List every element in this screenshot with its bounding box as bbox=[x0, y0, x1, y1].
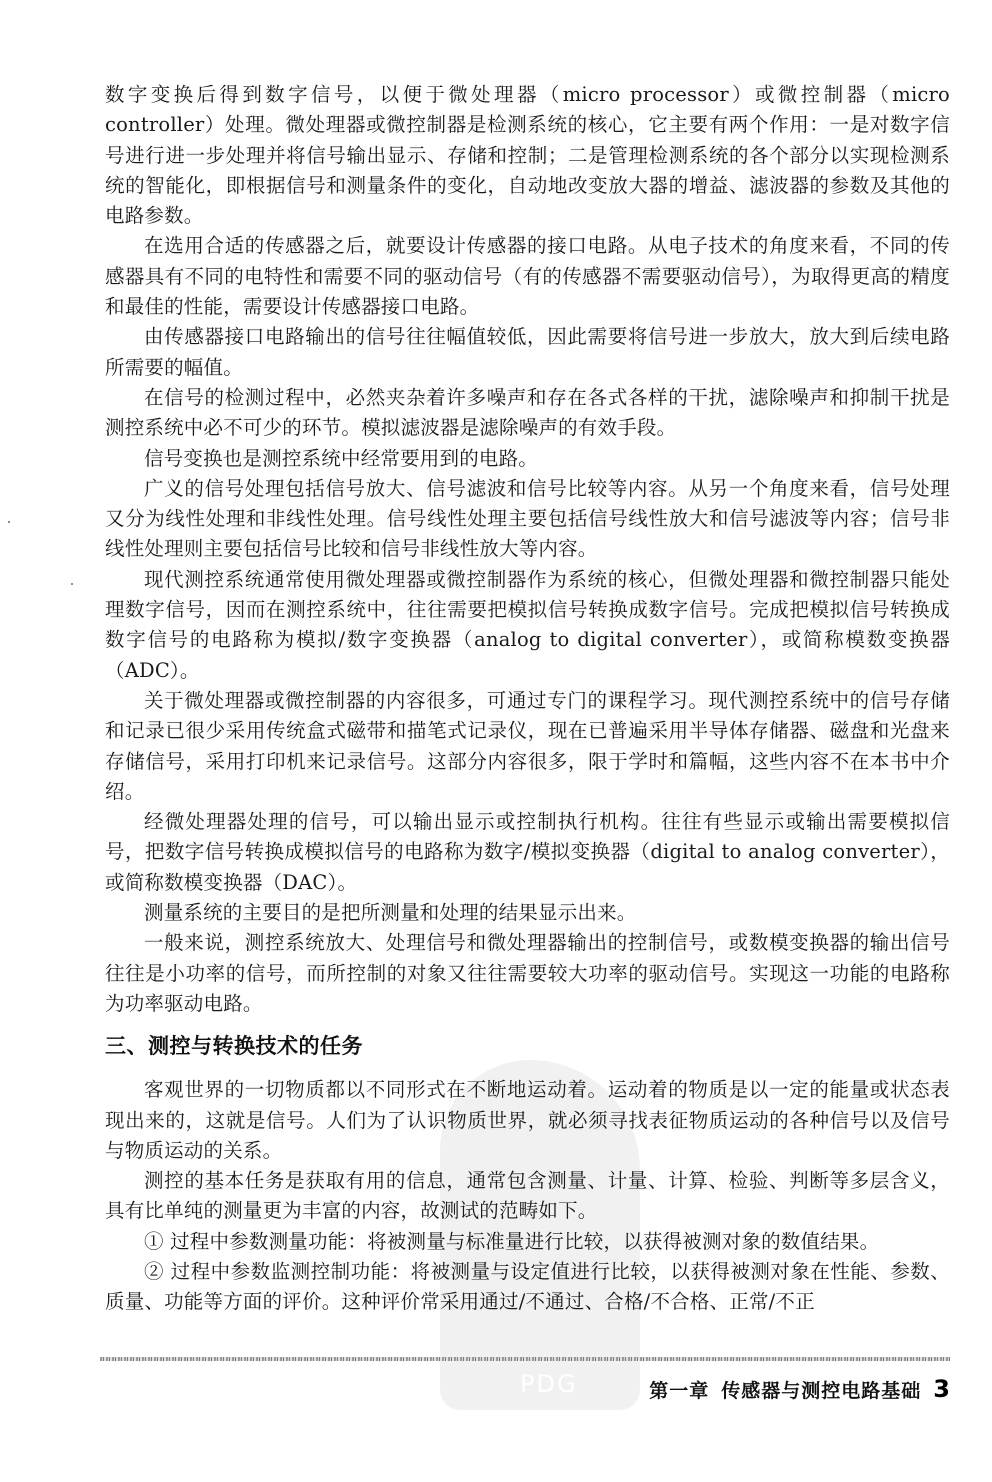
paragraph: 经微处理器处理的信号，可以输出显示或控制执行机构。往往有些显示或输出需要模拟信号… bbox=[105, 807, 950, 898]
paragraph: 在信号的检测过程中，必然夹杂着许多噪声和存在各式各样的干扰，滤除噪声和抑制干扰是… bbox=[105, 383, 950, 444]
list-item: ② 过程中参数监测控制功能：将被测量与设定值进行比较，以获得被测对象在性能、参数… bbox=[105, 1257, 950, 1318]
scan-speck bbox=[71, 583, 73, 585]
paragraph: 数字变换后得到数字信号，以便于微处理器（micro processor）或微控制… bbox=[105, 80, 950, 231]
paragraph: 信号变换也是测控系统中经常要用到的电路。 bbox=[105, 444, 950, 474]
footer-chapter: 第一章 bbox=[649, 1376, 709, 1403]
paragraph: 客观世界的一切物质都以不同形式在不断地运动着。运动着的物质是以一定的能量或状态表… bbox=[105, 1075, 950, 1166]
paragraph: 关于微处理器或微控制器的内容很多，可通过专门的课程学习。现代测控系统中的信号存储… bbox=[105, 686, 950, 807]
paragraph: 广义的信号处理包括信号放大、信号滤波和信号比较等内容。从另一个角度来看，信号处理… bbox=[105, 474, 950, 565]
page-body: 数字变换后得到数字信号，以便于微处理器（micro processor）或微控制… bbox=[105, 80, 950, 1318]
scan-speck bbox=[8, 521, 10, 523]
list-item: ① 过程中参数测量功能：将被测量与标准量进行比较，以获得被测对象的数值结果。 bbox=[105, 1227, 950, 1257]
page-footer: 第一章 传感器与测控电路基础 3 bbox=[649, 1375, 950, 1403]
paragraph: 由传感器接口电路输出的信号往往幅值较低，因此需要将信号进一步放大，放大到后续电路… bbox=[105, 322, 950, 383]
section-heading: 三、测控与转换技术的任务 bbox=[105, 1031, 950, 1061]
footer-chapter-title: 传感器与测控电路基础 bbox=[721, 1376, 921, 1403]
paragraph: 现代测控系统通常使用微处理器或微控制器作为系统的核心，但微处理器和微控制器只能处… bbox=[105, 565, 950, 686]
paragraph: 一般来说，测控系统放大、处理信号和微处理器输出的控制信号，或数模变换器的输出信号… bbox=[105, 928, 950, 1019]
paragraph: 在选用合适的传感器之后，就要设计传感器的接口电路。从电子技术的角度来看，不同的传… bbox=[105, 231, 950, 322]
paragraph: 测量系统的主要目的是把所测量和处理的结果显示出来。 bbox=[105, 898, 950, 928]
footer-divider bbox=[100, 1357, 950, 1361]
paragraph: 测控的基本任务是获取有用的信息，通常包含测量、计量、计算、检验、判断等多层含义，… bbox=[105, 1166, 950, 1227]
watermark-text: PDG bbox=[520, 1370, 578, 1398]
page-number: 3 bbox=[933, 1375, 950, 1403]
